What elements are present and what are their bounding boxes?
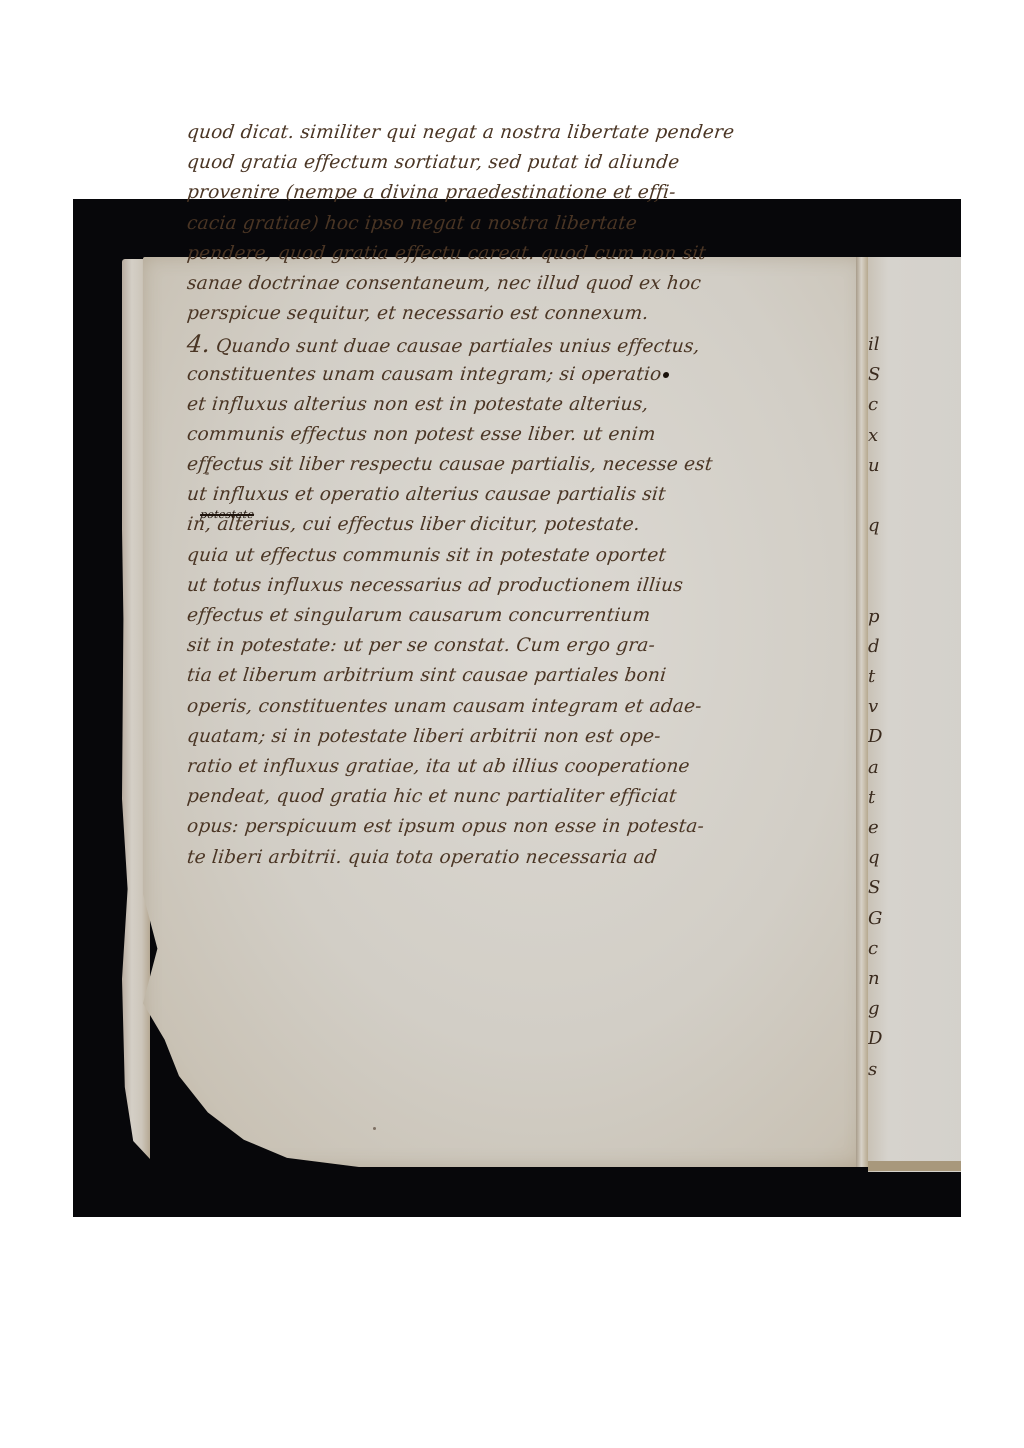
text-line: Quando sunt duae causae partiales unius … [215,336,701,357]
text-line: opus: perspicuum est ipsum opus non esse… [185,812,778,842]
text-line: cacia gratiae) hoc ipso negat a nostra l… [185,209,778,239]
facing-line-fragment: t [868,783,898,813]
facing-line-fragment: S [868,360,898,390]
text-line: ut influxus et operatio alterius causae … [185,480,778,510]
facing-line-fragment: a [868,753,898,783]
text-line: constituentes unam causam integram; si o… [185,360,778,390]
facing-line-fragment: q [868,511,898,541]
text-line: operis, constituentes unam causam integr… [185,692,778,722]
text-line: communis effectus non potest esse liber.… [185,420,778,450]
text-line-content: in, alterius, cui effectus liber dicitur… [186,514,641,535]
text-line: pendeat, quod gratia hic et nunc partial… [185,782,778,812]
facing-line-fragment: x [868,421,898,451]
facing-line-fragment: G [868,904,898,934]
text-line: sit in potestate: ut per se constat. Cum… [185,631,778,661]
facing-line-fragment [868,541,898,571]
text-line: ut totus influxus necessarius ad product… [185,571,778,601]
text-line: effectus sit liber respectu causae parti… [185,450,778,480]
text-line: effectus et singularum causarum concurre… [185,601,778,631]
text-line: te liberi arbitrii. quia tota operatio n… [185,843,778,873]
facing-line-fragment: c [868,934,898,964]
text-line: quatam; si in potestate liberi arbitrii … [185,722,778,752]
text-line: quod gratia effectum sortiatur, sed puta… [185,148,778,178]
text-line: quia ut effectus communis sit in potesta… [185,541,778,571]
facing-page-bottom-edge [868,1161,961,1171]
facing-line-fragment: g [868,994,898,1024]
ink-speck [373,1127,376,1130]
facing-line-fragment: u [868,451,898,481]
facing-line-fragment: d [868,632,898,662]
text-line: perspicue sequitur, et necessario est co… [185,299,778,329]
struck-out-word: potestate [198,500,255,530]
facing-line-fragment: D [868,1024,898,1054]
facing-line-fragment: p [868,602,898,632]
text-line: tia et liberum arbitrium sint causae par… [185,661,778,691]
manuscript-text: quod dicat. similiter qui negat a nostra… [187,118,777,873]
facing-line-fragment: e [868,813,898,843]
facing-page-text: il S c x u q p d t v D a t e q S G c n g… [868,330,898,1085]
facing-line-fragment: D [868,722,898,752]
text-line-content: constituentes unam causam integram; si o… [186,364,663,385]
text-line: sanae doctrinae consentaneum, nec illud … [185,269,778,299]
facing-line-fragment: t [868,662,898,692]
facing-line-fragment: n [868,964,898,994]
text-line: quod dicat. similiter qui negat a nostra… [185,118,778,148]
facing-line-fragment [868,481,898,511]
ink-blot [663,372,670,378]
facing-line-fragment: il [868,330,898,360]
text-line: et influxus alterius non est in potestat… [185,390,778,420]
text-line: pendere, quod gratia effectu careat. quo… [185,239,778,269]
facing-line-fragment: s [868,1055,898,1085]
text-line: potestatein, alterius, cui effectus libe… [185,510,778,540]
facing-line-fragment: q [868,843,898,873]
facing-line-fragment [868,572,898,602]
text-line: provenire (nempe a divina praedestinatio… [185,178,778,208]
facing-line-fragment: c [868,390,898,420]
paragraph-4-first-line: 4.Quando sunt duae causae partiales uniu… [185,329,778,359]
book-gutter [856,257,868,1167]
facing-line-fragment: v [868,692,898,722]
paragraph-number: 4. [186,330,212,358]
text-line: ratio et influxus gratiae, ita ut ab ill… [185,752,778,782]
facing-line-fragment: S [868,873,898,903]
